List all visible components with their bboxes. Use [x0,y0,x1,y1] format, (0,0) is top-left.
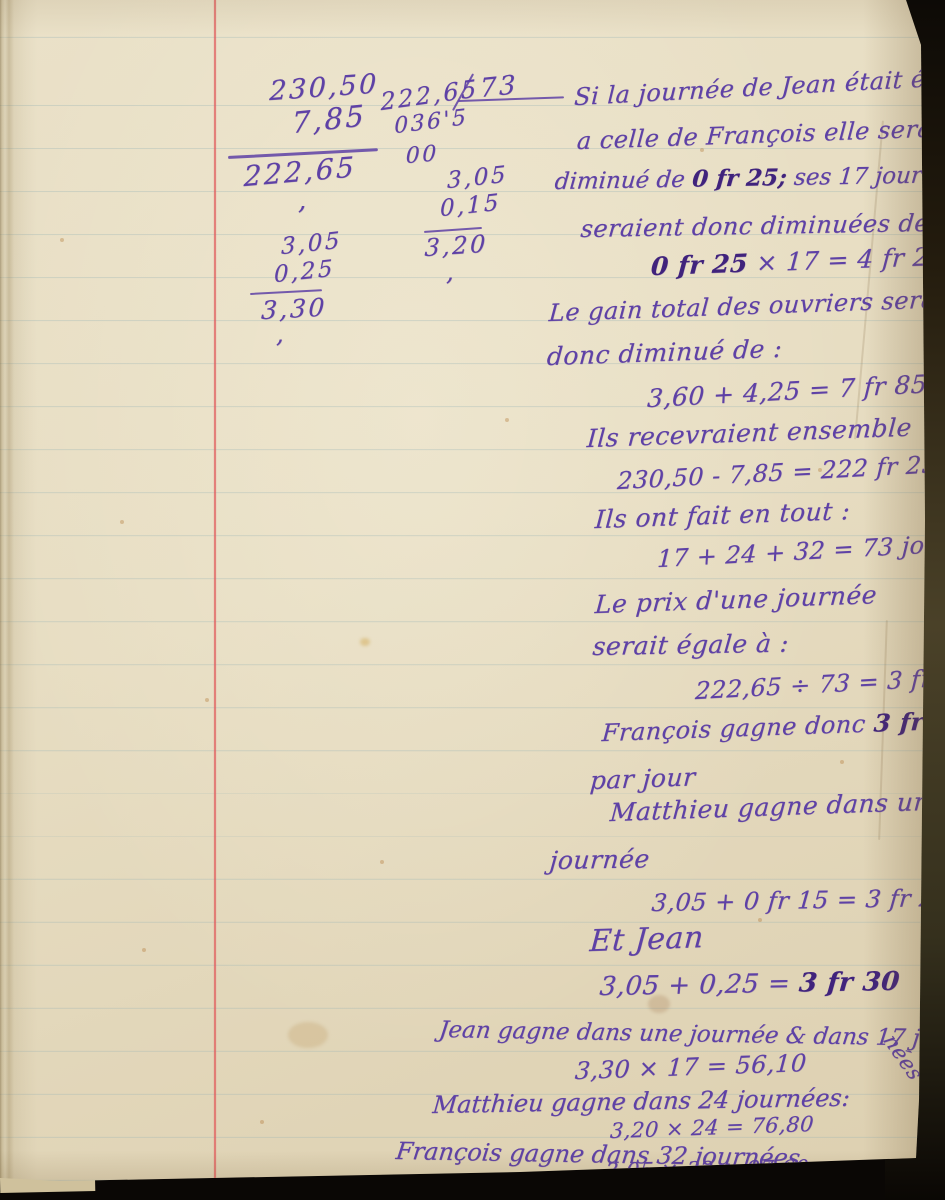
division-work-2: 00 [406,141,439,169]
comma-mark: , [276,320,284,348]
paper-speck [380,860,384,864]
handwritten-line: par jour [589,762,697,795]
handwritten-line: 3,05 × 32 = 97,60 [604,1154,810,1183]
handwritten-line: seraient donc diminuées de [579,208,930,243]
paper-stain [360,638,370,646]
scanned-notebook-photo: 230,50 7,85 222,65 , 222,65 73 036'5 00 … [0,0,945,1200]
red-margin-line [214,0,216,1180]
paper-speck [205,698,209,702]
paper-speck [840,760,844,764]
handwritten-line: serait égale à : [591,629,790,661]
addition-bottom-sum: 3,30 [260,293,327,326]
paper-speck [60,238,64,242]
handwritten-line: Et Jean [589,920,705,959]
addition-top-sum: 3,20 [424,230,488,263]
notebook-page: 230,50 7,85 222,65 , 222,65 73 036'5 00 … [0,0,928,1186]
handwritten-line: journée [548,844,651,875]
paper-speck [142,948,146,952]
paper-speck [505,418,509,422]
handwritten-line: 3,05 + 0,25 = 3 fr 30 [598,967,901,1002]
paper-speck [120,520,124,524]
paper-stain [288,1022,328,1048]
handwritten-line: 3,05 + 0 fr 15 = 3 fr 20 [650,883,945,917]
page-stack-edge [0,0,26,1186]
comma-mark: , [446,258,454,286]
comma-mark: , [298,186,307,216]
paper-speck [758,918,762,922]
paper-speck [260,1120,264,1124]
